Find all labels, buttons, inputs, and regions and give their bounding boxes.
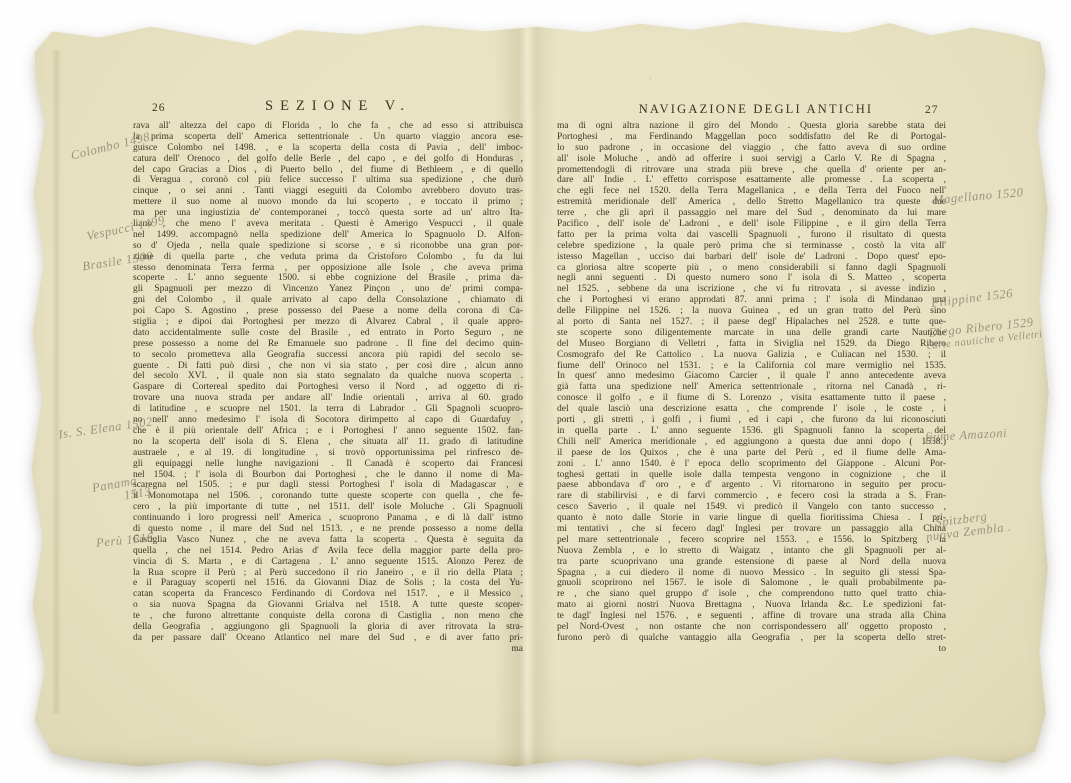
text-line: continuando i loro progressi nell' Ameri… <box>133 513 523 524</box>
margin-note-fiume-amazoni: fiume Amazoni <box>925 427 1008 444</box>
text-line: so d' Ojeda , nella quale spedizione si … <box>133 241 523 252</box>
text-line: o sia nuova Spagna da Giovanni Grialva n… <box>133 600 523 611</box>
text-line: ste scoperte sono diligentemente marcate… <box>557 328 946 339</box>
text-line: scoperte . L' anno seguente 1500. si ebb… <box>133 273 523 284</box>
text-line: conosce il golfo , e il fiume di S. Lore… <box>557 393 946 404</box>
catchword-right: to <box>557 644 946 655</box>
text-line: dato accidentalmente sulle coste del Bra… <box>133 328 523 339</box>
text-line: paese abbondava d' oro , e d' argento . … <box>557 480 946 491</box>
text-line: che i Portoghesi vi erano approdati 87. … <box>557 295 946 306</box>
text-line: ma per una ingiustizia de' contemporanei… <box>133 208 523 219</box>
text-line: pel Nord-Ovest , non ostante che non cor… <box>557 622 946 633</box>
text-line: no nell' anno medesimo l' isola di Socot… <box>133 415 523 426</box>
text-line: catan scoperta da Francesco Ferdinando d… <box>133 589 523 600</box>
text-line: mato ai giorni nostri Nuova Brettagna , … <box>557 600 946 611</box>
text-line: Nuova Zembla , e lo stretto di Waigatz ,… <box>557 546 946 557</box>
paper-spread: 26 SEZIONE V. rava all' altezza del capo… <box>16 10 1056 774</box>
text-line: guente . Di fatti può dirsi , che non vi… <box>133 361 523 372</box>
text-line: in quella parte . L' anno seguente 1536.… <box>557 426 946 437</box>
text-line: di questo nome , il mare del Sud nel 151… <box>133 524 523 535</box>
text-line: mi tentativi , che si fecero dagl' Ingle… <box>557 524 946 535</box>
text-line: to secolo prometteva alla Geografia succ… <box>133 350 523 361</box>
text-line: fiume dell' Orinoco nel 1531. ; e la Cal… <box>557 361 946 372</box>
text-line: tra parte scuoprivano una grande estensi… <box>557 557 946 568</box>
text-line: rare di stabilirvisi , e di farvi commer… <box>557 491 946 502</box>
text-line: liano , che meno l' aveva meritata . Que… <box>133 219 523 230</box>
running-title-right: NAVIGAZIONE DEGLI ANTICHI <box>639 102 874 117</box>
page-number-left: 26 <box>152 102 166 114</box>
body-text-left: rava all' altezza del capo di Florida , … <box>133 121 523 644</box>
text-line: nel 1499. accompagnò nella spedizione de… <box>133 230 523 241</box>
text-line: te , che furono altrettante conquiste de… <box>133 611 523 622</box>
margin-note-text: fiume Amazoni <box>925 426 1008 444</box>
text-line: di Veragua , coronò col più felice succe… <box>133 175 523 186</box>
text-line: che egli fece nel 1520. della Terra Mage… <box>557 186 946 197</box>
text-line: quella , che nel 1514. Pedro Arias d' Av… <box>133 546 523 557</box>
text-line: quanto è noto dalle Storie in varie ling… <box>557 513 946 524</box>
text-line: Spagna , a cui diedero il nome di nuovo … <box>557 568 946 579</box>
text-line: gli Spagnuoli per mezzo di Vincenzo Yane… <box>133 284 523 295</box>
margin-note-text: Magellano 1520 <box>933 185 1025 207</box>
text-line: zione di quella parte , che veduta prima… <box>133 252 523 263</box>
catchword-left: ma <box>133 644 523 655</box>
text-line: ma di ogni altra nazione il giro del Mon… <box>557 121 946 132</box>
margin-note-magellano: Magellano 1520 <box>933 186 1024 207</box>
text-line: gnuoli scoprirono nel 1567. le isole di … <box>557 578 946 589</box>
text-line: Pacifico , dell' isole de' Ladroni , e d… <box>557 219 946 230</box>
text-line: del capo Gracias a Dios , di Puerto bell… <box>133 165 523 176</box>
text-line: che è il più orientale dell' Africa ; e … <box>133 426 523 437</box>
left-edge-crease <box>52 50 61 714</box>
text-line: la Rua scopre il Perù ; al Perù succedon… <box>133 568 523 579</box>
text-line: delle Filippine nel 1526. ; la nuova Gui… <box>557 306 946 317</box>
text-line: di latitudine , e scuopre nel 1501. la t… <box>133 404 523 415</box>
text-line: prese possesso a nome del Re Emanuele su… <box>133 339 523 350</box>
text-line: austraele , e al 19. di longitudine , si… <box>133 448 523 459</box>
body-text-right: ma di ogni altra nazione il giro del Mon… <box>557 121 946 644</box>
text-line: Gaspare di Cortereal spedito dai Portogh… <box>133 382 523 393</box>
text-line: negli anni seguenti . Di questo numero s… <box>557 273 946 284</box>
text-line: del quale lasciò una descrizione esatta … <box>557 404 946 415</box>
text-line: scaregna nel 1505. ; e pur dagli stessi … <box>133 480 523 491</box>
text-line: gli equipaggi nelle lunghe navigazioni .… <box>133 459 523 470</box>
text-line: stesso denominata Terra ferma , per oppo… <box>133 263 523 274</box>
text-line: Cosmografo del Re Cattolico . La nuova G… <box>557 350 946 361</box>
text-line: dare all' Indie . L' effetto corrispose … <box>557 175 946 186</box>
text-line: lo suo padrone , in occasione del viaggi… <box>557 143 946 154</box>
text-line: della Geografia , aggiungono gli Spagnuo… <box>133 622 523 633</box>
text-line: trovare una nuova strada per andare all'… <box>133 393 523 404</box>
text-line: nel 1525. , sebbene da una iscrizione , … <box>557 284 946 295</box>
text-line: furono però di qualche vantaggio alla Ge… <box>557 633 946 644</box>
text-line: del secolo XVI. , il quale non sia stato… <box>133 371 523 382</box>
text-line: Chili nell' America meridionale , ed agg… <box>557 437 946 448</box>
text-line: e il Paraguay scoperti nel 1516. da Giov… <box>133 578 523 589</box>
text-line: catura dell' Orenoco , del golfo delle B… <box>133 154 523 165</box>
text-line: stiglia ; e dipoi dai Portoghesi per mez… <box>133 317 523 328</box>
text-line: cero , la più importante di tutte , nel … <box>133 502 523 513</box>
text-line: da per passare dall' Oceano Atlantico ne… <box>133 633 523 644</box>
text-line: il paese de los Quixos , che è una parte… <box>557 448 946 459</box>
text-line: Portoghesi , ma Ferdinando Maggellan poc… <box>557 132 946 143</box>
text-line: pel mare settentrionale , fecero scoprir… <box>557 535 946 546</box>
text-line: istesso Magellan , ucciso dai barbari de… <box>557 252 946 263</box>
text-line: celebre spedizione , la quale però prima… <box>557 241 946 252</box>
text-line: mettere il suo nome al nuovo mondo da lu… <box>133 197 523 208</box>
book-photo: 26 SEZIONE V. rava all' altezza del capo… <box>0 0 1071 783</box>
text-line: ca gloriosa altre scoperte più , o meno … <box>557 263 946 274</box>
text-line: guisce Colombo nel 1498. , e la scoperta… <box>133 143 523 154</box>
text-line: rava all' altezza del capo di Florida , … <box>133 121 523 132</box>
text-line: fatto per la prima volta dai vascelli Sp… <box>557 230 946 241</box>
text-line: re , che siano quel gruppo d' isole , ch… <box>557 589 946 600</box>
text-line: il Monomotapa nel 1506. , coronando tutt… <box>133 491 523 502</box>
text-line: cesco Saverio , il quale nel 1549. vi pr… <box>557 502 946 513</box>
text-line: terre , che gli aprì il passaggio nel ma… <box>557 208 946 219</box>
page-number-right: 27 <box>925 104 939 116</box>
text-line: toghesi gettati in quelle isole dalla te… <box>557 470 946 481</box>
text-line: promettendogli di ritrovare una strada p… <box>557 165 946 176</box>
text-line: no la scoperta dell' isola di S. Elena ,… <box>133 437 523 448</box>
text-line: all' isole Moluche , andò ad offerire i … <box>557 154 946 165</box>
text-line: vincia di S. Marta , e di Cartagena . L'… <box>133 557 523 568</box>
text-line: gni del Colombo , il quale arrivato al c… <box>133 295 523 306</box>
text-line: porti , gli stretti , i golfi , i fiumi … <box>557 415 946 426</box>
text-line: estremità meridionale dell' America , de… <box>557 197 946 208</box>
running-title-left: SEZIONE V. <box>265 98 411 115</box>
text-line: cinque , o sei anni . Tanti viaggi esegu… <box>133 186 523 197</box>
text-line: poi Capo S. Agostino , prese possesso de… <box>133 306 523 317</box>
text-line: del Museo Borgiano di Velletri , fatta i… <box>557 339 946 350</box>
text-line: zoni . L' anno 1540. è l' epoca dello sc… <box>557 459 946 470</box>
text-line: la prima scoperta dell' America settentr… <box>133 132 523 143</box>
text-line: nel 1504. ; l' isola di Bourbon dai Port… <box>133 470 523 481</box>
margin-note-spitzberg: Spitzberg nuova Zembla . <box>935 508 1012 543</box>
text-line: te dagl' Inglesi nel 1576. , e seguenti … <box>557 611 946 622</box>
text-line: In quest' anno medesimo Giacomo Carcier … <box>557 371 946 382</box>
text-line: al porto di Santa nel 1527. ; il paese d… <box>557 317 946 328</box>
text-line: già fatta una spedizione nell' America s… <box>557 382 946 393</box>
text-line: Castiglia Vasco Nunez , che ne aveva fat… <box>133 535 523 546</box>
